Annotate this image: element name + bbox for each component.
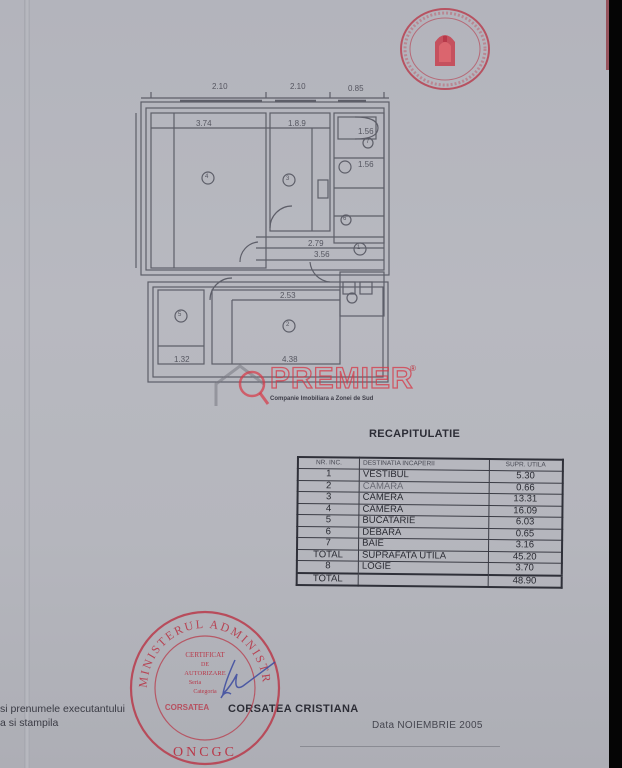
cell-area: 0.65 [488, 528, 562, 540]
cell-area: 45.20 [488, 551, 562, 563]
stamp-inner-line: Categoria [193, 689, 217, 695]
header-nr: NR. INC. [298, 457, 360, 469]
dimension-label: 1.8.9 [288, 119, 306, 128]
room-marker: 6 [343, 216, 346, 222]
cell-area: 3.16 [488, 540, 562, 552]
dimension-label: 3.56 [314, 250, 330, 259]
dimension-label: 0.85 [348, 84, 364, 93]
cell-area: 6.03 [488, 517, 562, 529]
cell-nr: 4 [297, 503, 359, 515]
cell-nr: 7 [297, 538, 359, 550]
cell-nr: TOTAL [297, 573, 359, 586]
cell-area: 3.70 [488, 563, 562, 576]
stamp-bottom-text: ONCGC [173, 745, 237, 760]
recap-title: RECAPITULATIE [369, 428, 460, 440]
premier-watermark: PREMIER ® Companie Imobiliara a Zonei de… [212, 362, 422, 408]
dimension-label: 1.56 [358, 160, 374, 169]
cell-area: 5.30 [489, 471, 563, 483]
cell-nr: 2 [298, 480, 360, 492]
cell-nr: 3 [298, 492, 360, 504]
cell-nr: 8 [297, 561, 359, 574]
dimension-label: 1.32 [174, 355, 190, 364]
divider [300, 746, 500, 747]
cell-nr: TOTAL [297, 549, 359, 561]
watermark-brand: PREMIER [270, 362, 414, 396]
cell-area: 13.31 [489, 494, 563, 506]
room-marker: 2 [286, 322, 289, 328]
dimension-label: 2.79 [308, 239, 324, 248]
stamp-inner-line: Seria [189, 680, 202, 686]
executor-label: si prenumele executantului [0, 703, 125, 715]
floor-plan-drawing [0, 0, 622, 420]
cell-area: 16.09 [488, 505, 562, 517]
cell-name [358, 573, 488, 587]
cell-nr: 6 [297, 526, 359, 538]
cell-area: 48.90 [488, 575, 562, 588]
dimension-label: 2.10 [290, 82, 306, 91]
cell-area: 0.66 [489, 482, 563, 494]
official-stamp-bottom: MINISTERUL ADMINISTRATIEI PUBLICE ONCGC … [125, 602, 285, 768]
watermark-tagline: Companie Imobiliara a Zonei de Sud [270, 396, 373, 402]
floor-plan: 2.10 2.10 0.85 3.74 1.8.9 1.56 1.56 2.79… [0, 0, 622, 420]
dimension-label: 3.74 [196, 119, 212, 128]
stamp-name-overlay: CORSATEA [165, 703, 210, 712]
room-marker: 4 [205, 174, 208, 180]
dimension-label: 2.53 [280, 291, 296, 300]
table-row-total: TOTAL48.90 [297, 573, 562, 588]
header-area: SUPR. UTILA [489, 459, 563, 471]
registered-mark: ® [410, 364, 416, 373]
cell-nr: 5 [297, 515, 359, 527]
recap-table: NR. INC. DESTINATIA INCAPERII SUPR. UTIL… [296, 456, 564, 589]
room-marker: 7 [366, 139, 369, 145]
signature-label: a si stampila [0, 717, 58, 729]
room-marker: 1 [357, 245, 360, 251]
stamp-inner-line: DE [201, 662, 209, 668]
room-marker: 3 [286, 176, 289, 182]
dimension-label: 1.56 [358, 127, 374, 136]
dimension-label: 2.10 [212, 82, 228, 91]
house-magnifier-icon [212, 362, 272, 408]
date-label: Data NOIEMBRIE 2005 [372, 720, 483, 731]
stamp-inner-line: AUTORIZARE [184, 670, 225, 677]
cell-nr: 1 [298, 469, 360, 481]
stamp-inner-line: CERTIFICAT [185, 651, 225, 659]
room-marker: 5 [178, 312, 181, 318]
